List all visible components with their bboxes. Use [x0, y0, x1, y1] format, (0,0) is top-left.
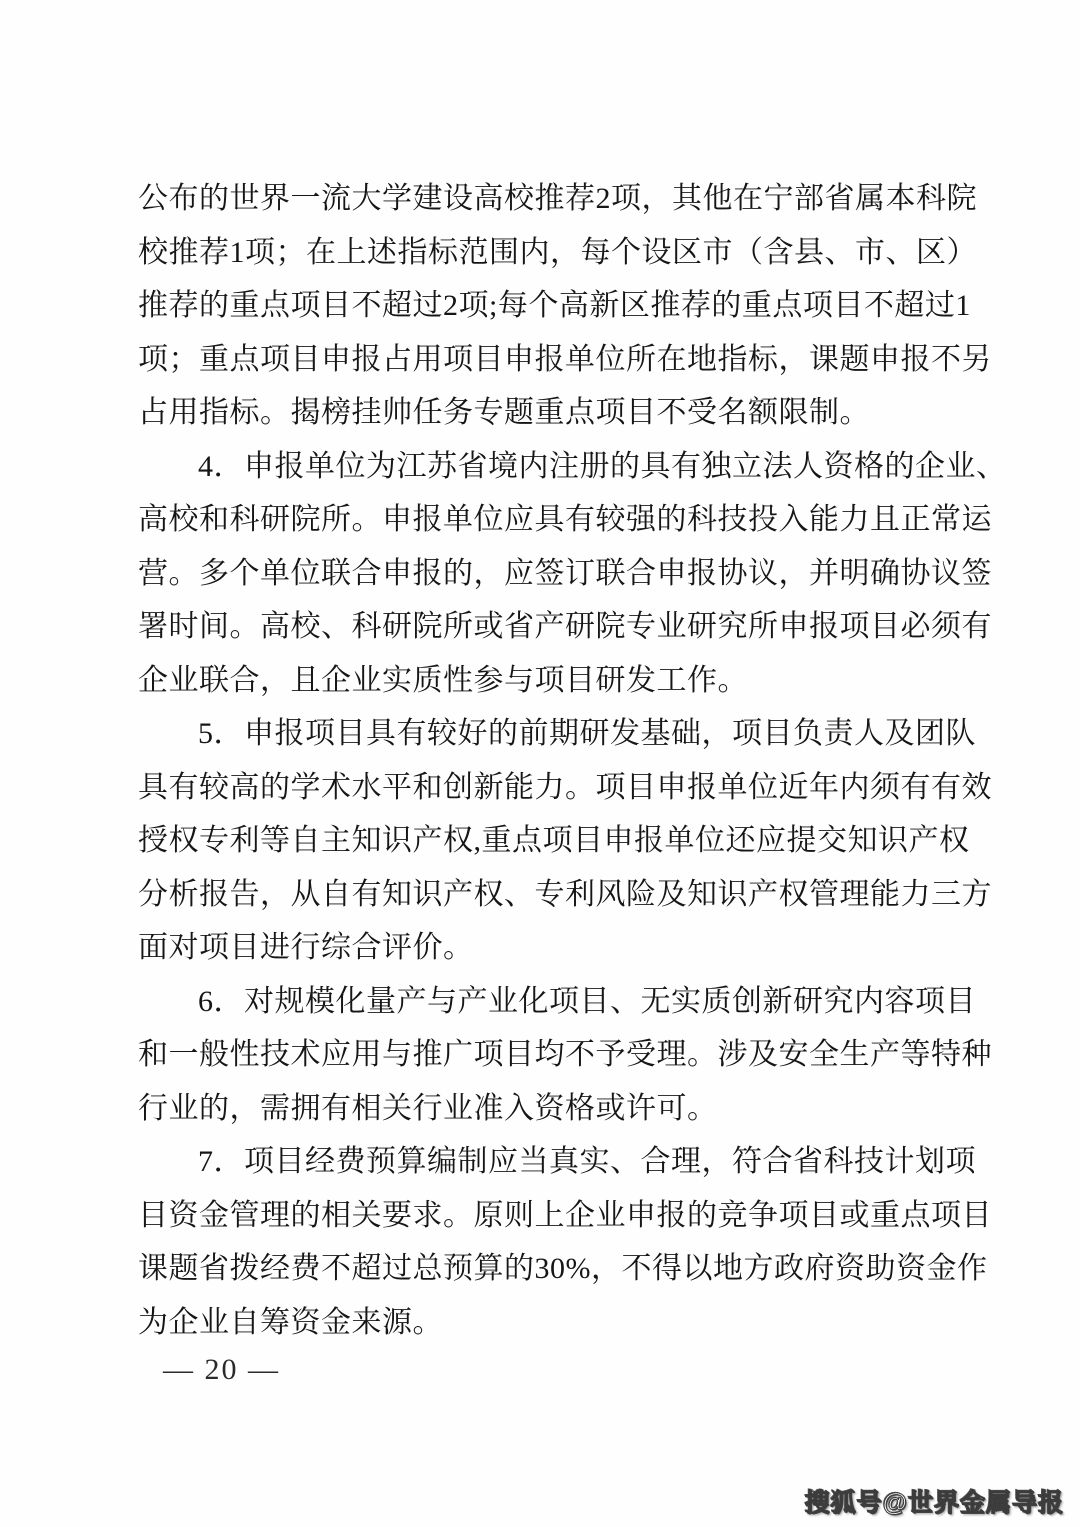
- text-line: 授权专利等自主知识产权,重点项目申报单位还应提交知识产权: [138, 814, 945, 868]
- text-line: 目资金管理的相关要求。原则上企业申报的竞争项目或重点项目: [138, 1189, 945, 1243]
- text-line: 署时间。高校、科研院所或省产研院专业研究所申报项目必须有: [138, 600, 945, 654]
- text-line: 行业的，需拥有相关行业准入资格或许可。: [138, 1082, 945, 1136]
- text-line: 具有较高的学术水平和创新能力。项目申报单位近年内须有有效: [138, 761, 945, 815]
- paragraph: 公布的世界一流大学建设高校推荐2项，其他在宁部省属本科院校推荐1项；在上述指标范…: [138, 172, 945, 440]
- text-line: 营。多个单位联合申报的，应签订联合申报协议，并明确协议签: [138, 547, 945, 601]
- text-line: 高校和科研院所。申报单位应具有较强的科技投入能力且正常运: [138, 493, 945, 547]
- paragraph: 6．对规模化量产与产业化项目、无实质创新研究内容项目和一般性技术应用与推广项目均…: [138, 975, 945, 1136]
- text-line: 企业联合，且企业实质性参与项目研发工作。: [138, 654, 945, 708]
- text-line: 分析报告，从自有知识产权、专利风险及知识产权管理能力三方: [138, 868, 945, 922]
- paragraph: 5．申报项目具有较好的前期研发基础，项目负责人及团队具有较高的学术水平和创新能力…: [138, 707, 945, 975]
- page-number: — 20 —: [163, 1353, 280, 1387]
- text-line: 为企业自筹资金来源。: [138, 1296, 945, 1350]
- text-line: 占用指标。揭榜挂帅任务专题重点项目不受名额限制。: [138, 386, 945, 440]
- document-body: 公布的世界一流大学建设高校推荐2项，其他在宁部省属本科院校推荐1项；在上述指标范…: [138, 172, 945, 1349]
- paragraph: 7．项目经费预算编制应当真实、合理，符合省科技计划项目资金管理的相关要求。原则上…: [138, 1135, 945, 1349]
- document-page: 公布的世界一流大学建设高校推荐2项，其他在宁部省属本科院校推荐1项；在上述指标范…: [0, 0, 1080, 1527]
- text-line: 公布的世界一流大学建设高校推荐2项，其他在宁部省属本科院: [138, 172, 945, 226]
- sohu-watermark: 搜狐号@世界金属导报: [805, 1483, 1064, 1519]
- text-line: 4．申报单位为江苏省境内注册的具有独立法人资格的企业、: [138, 440, 945, 494]
- text-line: 5．申报项目具有较好的前期研发基础，项目负责人及团队: [138, 707, 945, 761]
- text-line: 项；重点项目申报占用项目申报单位所在地指标，课题申报不另: [138, 333, 945, 387]
- text-line: 校推荐1项；在上述指标范围内，每个设区市（含县、市、区）: [138, 226, 945, 280]
- text-line: 7．项目经费预算编制应当真实、合理，符合省科技计划项: [138, 1135, 945, 1189]
- text-line: 6．对规模化量产与产业化项目、无实质创新研究内容项目: [138, 975, 945, 1029]
- text-line: 和一般性技术应用与推广项目均不予受理。涉及安全生产等特种: [138, 1028, 945, 1082]
- text-line: 面对项目进行综合评价。: [138, 921, 945, 975]
- text-line: 推荐的重点项目不超过2项;每个高新区推荐的重点项目不超过1: [138, 279, 945, 333]
- paragraph: 4．申报单位为江苏省境内注册的具有独立法人资格的企业、高校和科研院所。申报单位应…: [138, 440, 945, 708]
- text-line: 课题省拨经费不超过总预算的30%，不得以地方政府资助资金作: [138, 1242, 945, 1296]
